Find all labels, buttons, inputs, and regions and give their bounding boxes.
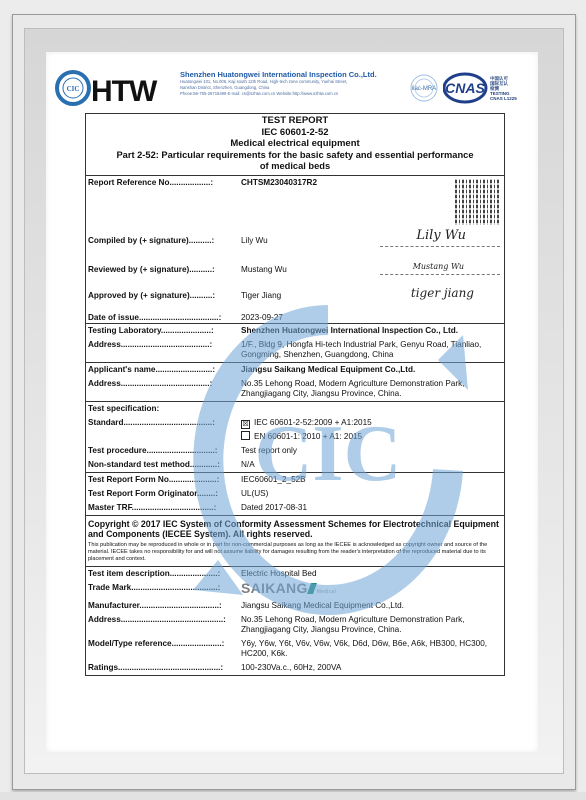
master-trf-row: Master TRF..............................… — [86, 501, 504, 515]
field-label: Testing Laboratory......................… — [88, 326, 241, 336]
compiled-signature: Lily Wu — [416, 228, 466, 243]
field-label: Manufacturer............................… — [88, 601, 241, 611]
checkbox-unchecked-icon[interactable] — [241, 431, 250, 440]
cnas-accreditation-text: 中国认可 国际互认 检测 TESTING CNAS L1225 — [490, 76, 517, 101]
standard-option: ☒IEC 60601-2-52:2009 + A1:2015 — [241, 418, 502, 429]
field-label: Applicant's name........................… — [88, 365, 241, 375]
field-label: Ratings.................................… — [88, 663, 241, 673]
manufacturer-value: Jiangsu Saikang Medical Equipment Co.,Lt… — [241, 601, 502, 611]
trademark-text: SAIKANG — [241, 580, 308, 596]
field-label: Compiled by (+ signature)..........: — [88, 236, 241, 246]
field-label: Date of issue...........................… — [88, 313, 241, 323]
testing-lab-row: Testing Laboratory......................… — [86, 324, 504, 338]
test-procedure-row: Test procedure..........................… — [86, 444, 504, 458]
copyright-body: This publication may be reproduced in wh… — [86, 541, 504, 566]
trf-originator-value: UL(US) — [241, 489, 502, 499]
field-label: Test procedure..........................… — [88, 446, 241, 456]
test-item-section: Test item description...................… — [86, 567, 504, 675]
standard-option-text: IEC 60601-2-52:2009 + A1:2015 — [254, 418, 372, 427]
report-standard: IEC 60601-2-52 — [86, 127, 504, 139]
company-name: Shenzhen Huatongwei International Inspec… — [180, 70, 400, 79]
cnas-label: CNAS — [445, 80, 485, 96]
manufacturer-row: Manufacturer............................… — [86, 599, 504, 613]
non-standard-method-row: Non-standard test method............: N/… — [86, 458, 504, 472]
field-label: Test item description...................… — [88, 569, 241, 579]
reviewed-signature: Mustang Wu — [413, 262, 464, 271]
report-title: TEST REPORT — [86, 115, 504, 127]
testing-lab-value: Shenzhen Huatongwei International Inspec… — [241, 326, 502, 336]
item-description-row: Test item description...................… — [86, 567, 504, 581]
trademark-row: Trade Mark..............................… — [86, 581, 504, 599]
testing-lab-section: Testing Laboratory......................… — [86, 324, 504, 363]
field-label: Approved by (+ signature)..........: — [88, 291, 241, 301]
field-label: Address.................................… — [88, 615, 241, 625]
signature-line — [380, 246, 500, 247]
field-label: Trade Mark..............................… — [88, 583, 241, 593]
ratings-value: 100-230Va.c., 60Hz, 200VA — [241, 663, 502, 673]
ratings-row: Ratings.................................… — [86, 661, 504, 675]
htw-logo: CIC HTW — [55, 68, 175, 108]
report-part-title-cont: of medical beds — [86, 161, 504, 173]
report-subject: Medical electrical equipment — [86, 138, 504, 150]
frame-bottom-strip — [0, 792, 586, 800]
date-of-issue-value: 2023-09-27 — [241, 313, 502, 323]
field-label: Non-standard test method............: — [88, 460, 241, 470]
copyright-section: Copyright © 2017 IEC System of Conformit… — [86, 516, 504, 567]
applicant-name-value: Jiangsu Saikang Medical Equipment Co.,Lt… — [241, 365, 502, 375]
trf-originator-row: Test Report Form Originator........: UL(… — [86, 487, 504, 501]
ilac-mra-logo: ilac-MRA — [404, 74, 444, 102]
non-standard-method-value: N/A — [241, 460, 502, 470]
field-label: Model/Type reference....................… — [88, 639, 241, 649]
signature-line — [380, 274, 500, 275]
lab-address-row: Address.................................… — [86, 338, 504, 362]
copyright-heading: Copyright © 2017 IEC System of Conformit… — [86, 516, 504, 541]
model-reference-value: Y6y, Y6w, Y6t, V6v, V6w, V6k, D6d, D6w, … — [241, 639, 502, 659]
field-label: Address.................................… — [88, 379, 241, 389]
standard-options: ☒IEC 60601-2-52:2009 + A1:2015 EN 60601-… — [241, 418, 502, 442]
test-report-table: TEST REPORT IEC 60601-2-52 Medical elect… — [85, 113, 505, 676]
test-procedure-value: Test report only — [241, 446, 502, 456]
logo-wordmark: HTW — [91, 75, 158, 108]
report-reference-row: Report Reference No..................: C… — [86, 176, 504, 190]
company-contact: Phone:86-755-26715499 E-mail: cs@szhtw.c… — [180, 91, 400, 97]
date-of-issue-row: Date of issue...........................… — [86, 311, 504, 325]
master-trf-value: Dated 2017-08-31 — [241, 503, 502, 513]
field-label: Address.................................… — [88, 340, 241, 350]
test-spec-section: Test specification: Standard............… — [86, 402, 504, 473]
model-reference-row: Model/Type reference....................… — [86, 637, 504, 661]
item-description-value: Electric Hospital Bed — [241, 569, 502, 579]
applicant-address-row: Address.................................… — [86, 377, 504, 401]
field-label: Test Report Form Originator........: — [88, 489, 241, 499]
manufacturer-address-value: No.35 Lehong Road, Modern Agriculture De… — [241, 615, 502, 635]
qr-code[interactable] — [455, 179, 501, 225]
field-label: Test Report Form No.....................… — [88, 475, 241, 485]
trf-form-no-value: IEC60601_2_52B — [241, 475, 502, 485]
approved-signature: tiger jiang — [411, 286, 474, 300]
applicant-name-row: Applicant's name........................… — [86, 363, 504, 377]
report-title-block: TEST REPORT IEC 60601-2-52 Medical elect… — [86, 114, 504, 176]
applicant-section: Applicant's name........................… — [86, 363, 504, 402]
trf-form-no-row: Test Report Form No.....................… — [86, 473, 504, 487]
trademark-suffix: Medical — [317, 589, 336, 595]
field-label: Master TRF..............................… — [88, 503, 241, 513]
field-label: Standard................................… — [88, 418, 241, 428]
trademark-slash-icon — [307, 583, 317, 594]
report-part-title: Part 2-52: Particular requirements for t… — [86, 150, 504, 162]
trf-section: Test Report Form No.....................… — [86, 473, 504, 516]
report-info-section: Report Reference No..................: C… — [86, 176, 504, 324]
field-label: Report Reference No..................: — [88, 178, 241, 188]
test-spec-heading: Test specification: — [88, 404, 241, 414]
manufacturer-address-row: Address.................................… — [86, 613, 504, 637]
applicant-address-value: No.35 Lehong Road, Modern Agriculture De… — [241, 379, 502, 399]
logo-badge-text: CIC — [67, 85, 80, 93]
standard-option: EN 60601-1: 2010 + A1: 2015 — [241, 431, 502, 442]
ilac-label: ilac-MRA — [412, 86, 436, 92]
company-info: Shenzhen Huatongwei International Inspec… — [180, 70, 400, 97]
field-label: Reviewed by (+ signature)..........: — [88, 265, 241, 275]
trademark-logo: SAIKANGMedical — [241, 583, 502, 597]
checkbox-checked-icon[interactable]: ☒ — [241, 420, 250, 429]
test-spec-heading-row: Test specification: — [86, 402, 504, 416]
lab-address-value: 1/F., Bldg 9, Hongfa Hi-tech Industrial … — [241, 340, 502, 360]
standard-row: Standard................................… — [86, 416, 504, 444]
standard-option-text: EN 60601-1: 2010 + A1: 2015 — [254, 432, 362, 441]
